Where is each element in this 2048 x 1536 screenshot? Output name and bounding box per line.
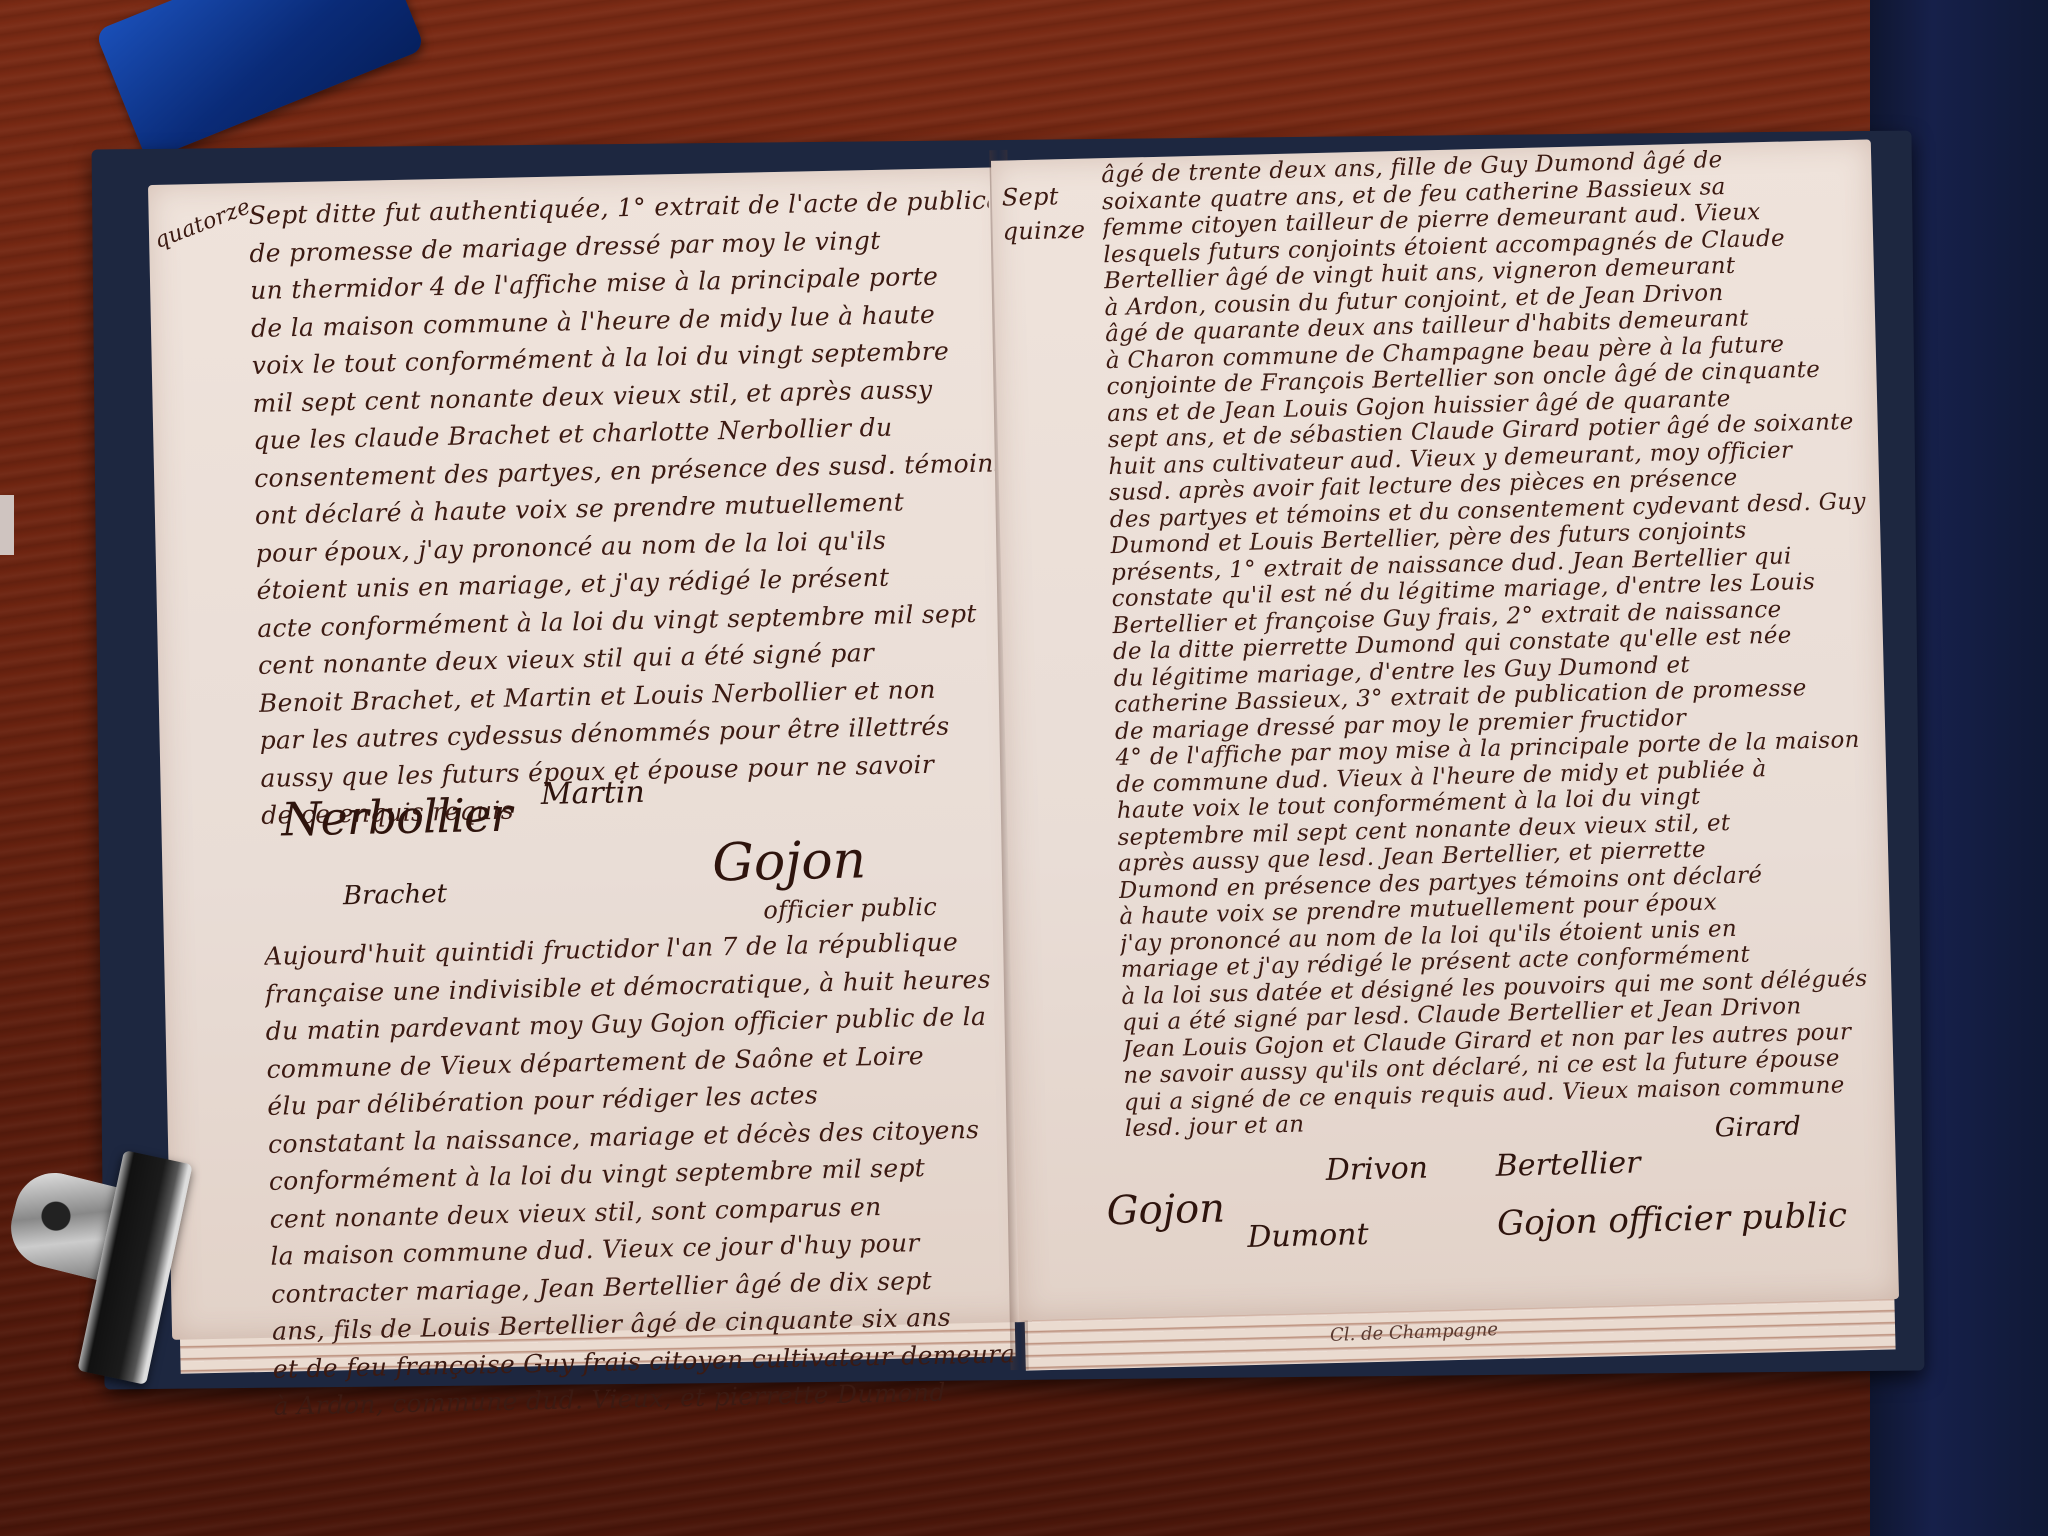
- left-page: quatorze Sept ditte fut authentiquée, 1°…: [148, 167, 1032, 1340]
- signature: Bertellier: [1495, 1145, 1641, 1184]
- signature: Gojon: [1106, 1186, 1225, 1235]
- right-page: Sept quinze âgé de trente deux ans, fill…: [991, 139, 1899, 1320]
- marriage-act-text: Sept ditte fut authentiquée, 1° extrait …: [248, 182, 1001, 835]
- signature: Gojon: [712, 830, 867, 893]
- signature: Drivon: [1325, 1151, 1428, 1188]
- marriage-act-text-2: Aujourd'huit quintidi fructidor l'an 7 d…: [264, 922, 1014, 1425]
- blue-plastic-object: [95, 0, 426, 161]
- signature: Gojon officier public: [1497, 1195, 1848, 1244]
- signature: Dumont: [1247, 1217, 1369, 1255]
- margin-note: quatorze: [149, 189, 256, 260]
- signature-block: Gojon Drivon Bertellier Dumont Gojon off…: [1095, 1140, 1878, 1309]
- paper-scrap: [0, 495, 14, 555]
- margin-note: Sept quinze: [1001, 178, 1103, 248]
- marriage-act-text: âgé de trente deux ans, fille de Guy Dum…: [1101, 144, 1885, 1143]
- signature: Martin: [540, 775, 645, 812]
- signature: Brachet: [343, 879, 448, 911]
- margin-line: Sept: [1001, 178, 1102, 214]
- signature: Girard: [1714, 1111, 1801, 1143]
- signature: Nerbollier: [281, 788, 512, 847]
- margin-line: quinze: [1002, 212, 1103, 248]
